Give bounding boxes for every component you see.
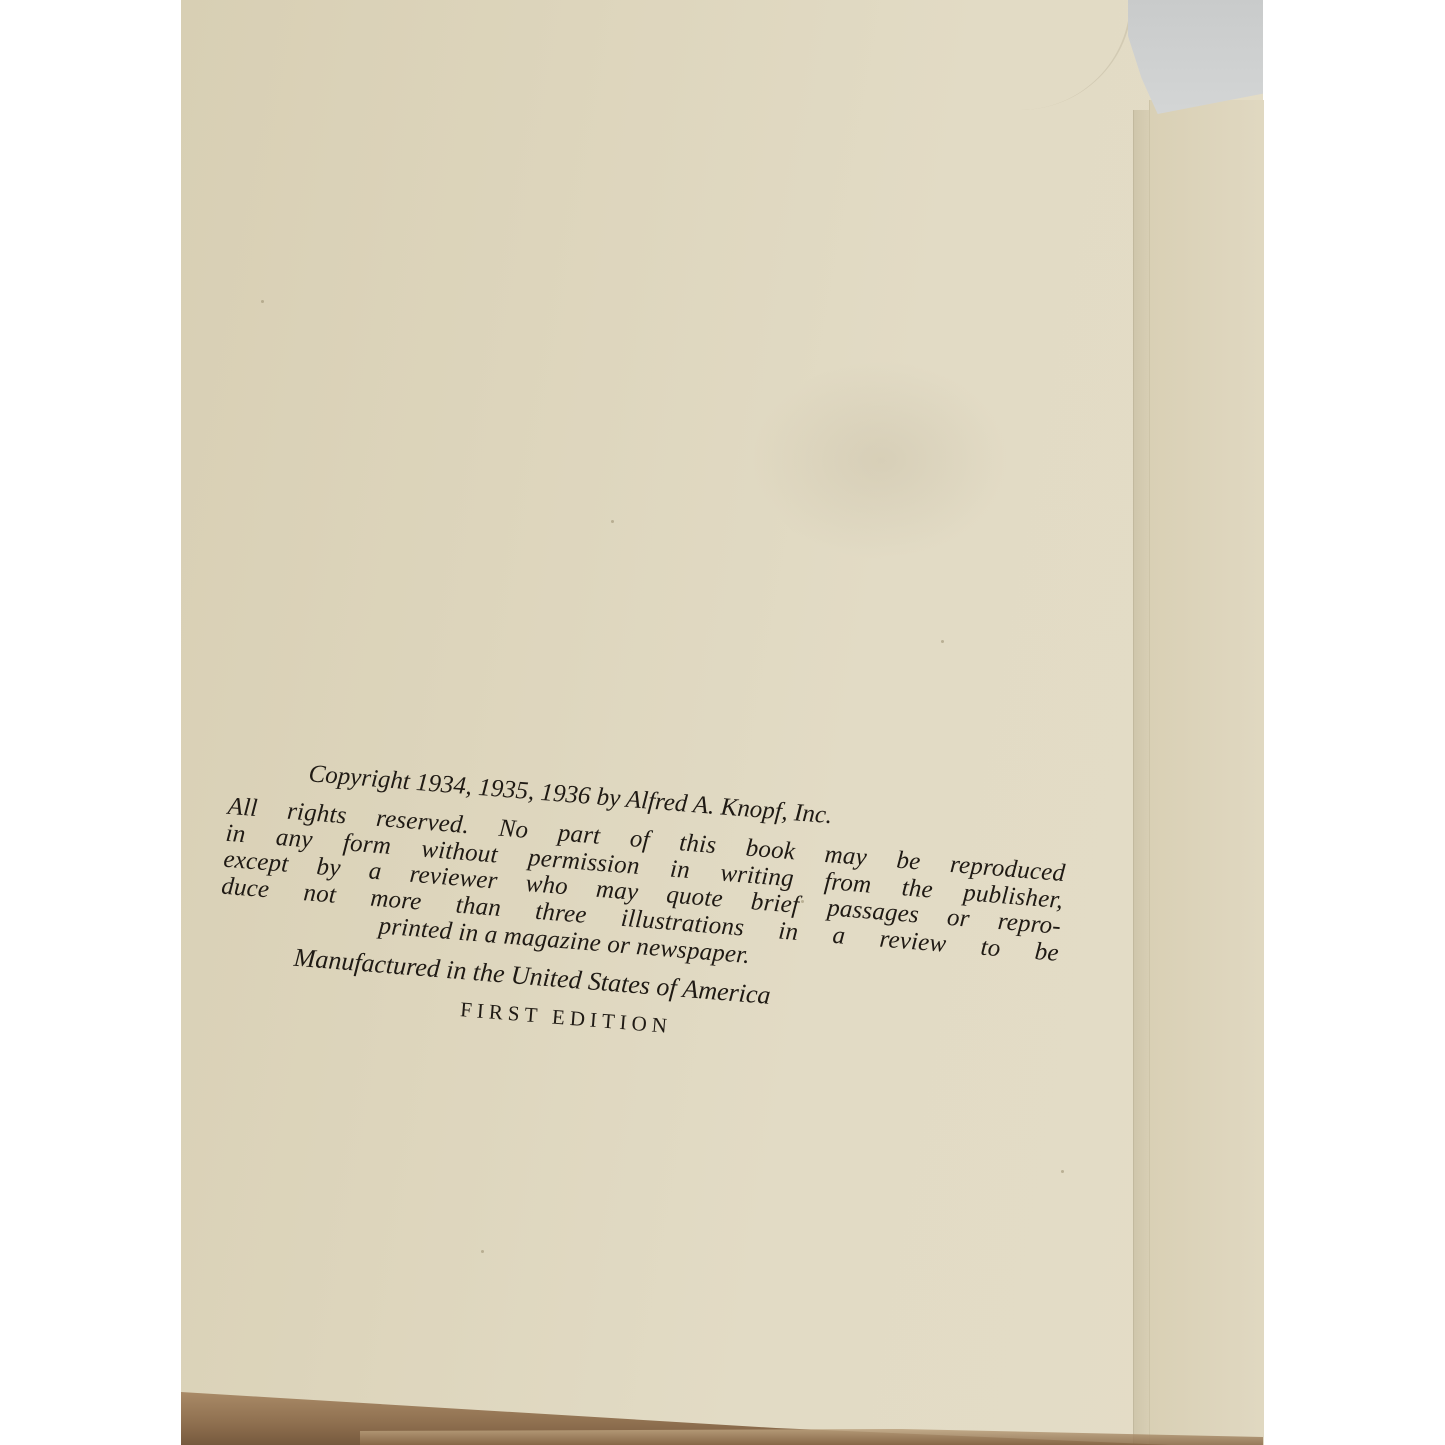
paper-speck [1061,1170,1064,1173]
photo-scene: Copyright 1934, 1935, 1936 by Alfred A. … [0,0,1445,1445]
paper-speck [941,640,944,643]
paper-speck [481,1250,484,1253]
inner-page-strip [1133,110,1150,1445]
flap-strip [1149,100,1264,1445]
paper-stain [751,360,1011,560]
paper-speck [261,300,264,303]
book-page [181,0,1263,1445]
paper-speck [611,520,614,523]
